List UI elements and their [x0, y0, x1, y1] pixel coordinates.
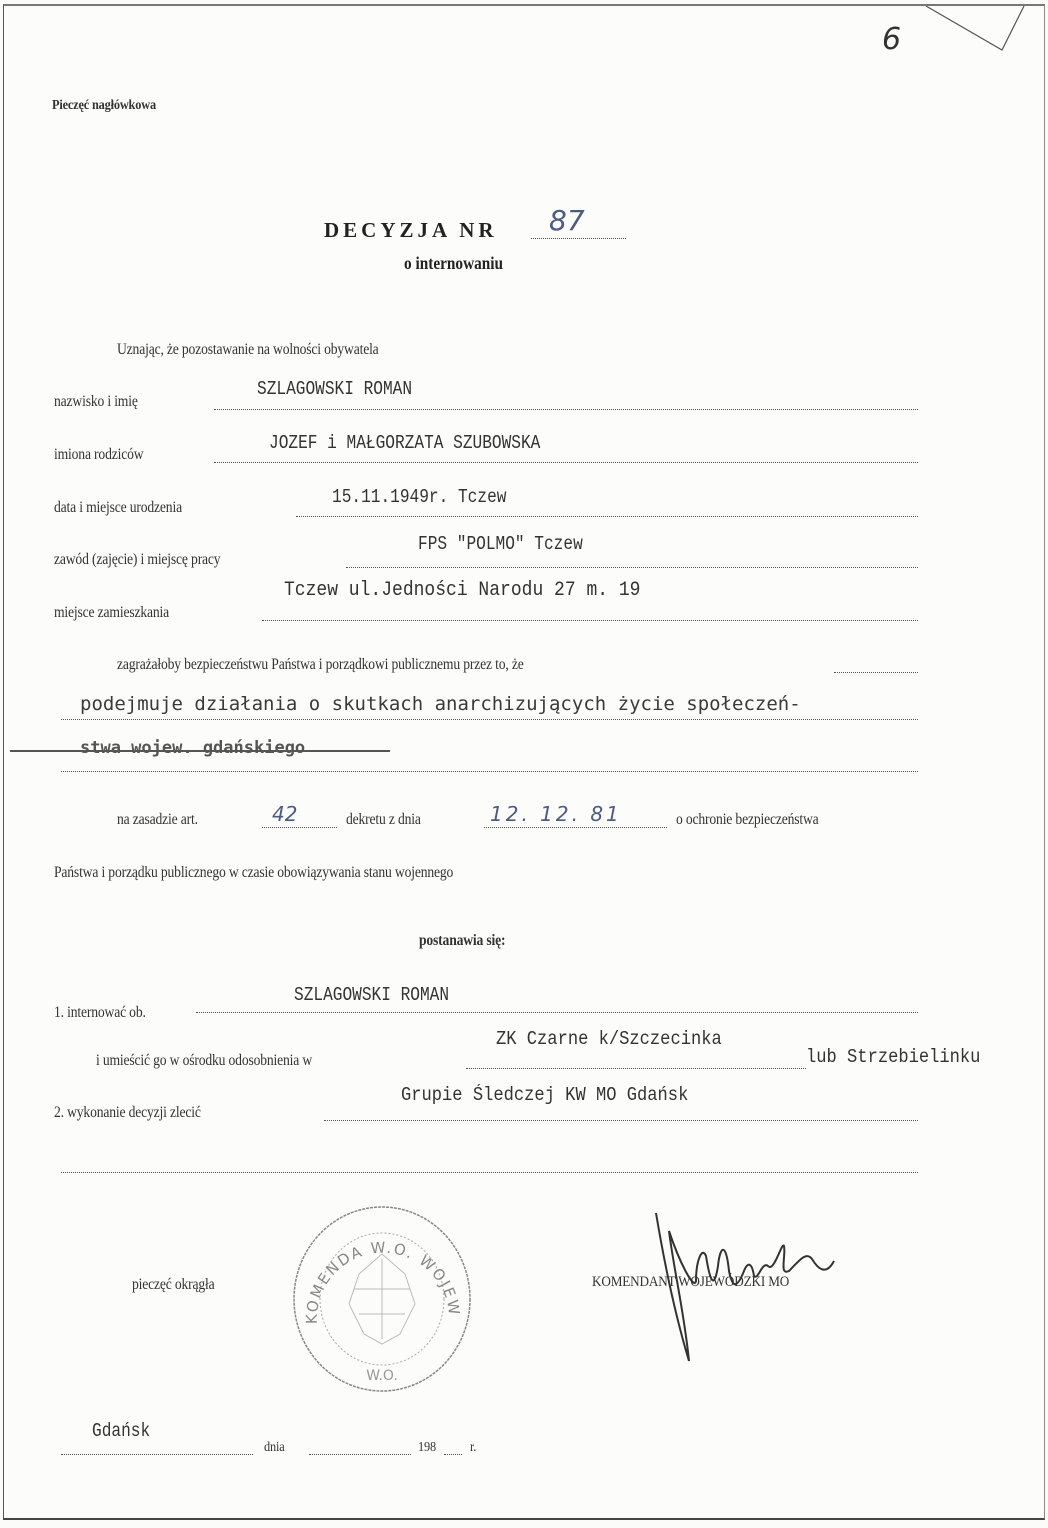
field-name-label: nazwisko i imię [54, 393, 138, 411]
legal-prefix: na zasadzie art. [117, 811, 198, 829]
field-parents-line [214, 462, 918, 463]
year-suffix: r. [470, 1440, 476, 1456]
intro-text: Uznając, że pozostawanie na wolności oby… [117, 341, 379, 359]
item2-value: Grupie Śledczej KW MO Gdańsk [401, 1084, 688, 1106]
date-line [309, 1454, 411, 1455]
place-line [466, 1068, 806, 1069]
extra-blank-line [61, 1172, 918, 1173]
year-line [444, 1454, 462, 1455]
field-work-line [346, 567, 918, 568]
page-number-handwritten: 6 [882, 22, 901, 57]
city-line [61, 1454, 253, 1455]
threat-intro-line [834, 672, 918, 673]
field-work-value: FPS "POLMO" Tczew [418, 533, 583, 555]
round-stamp: KOMENDA W.O. WOJEWÓDZKA W.O. [289, 1204, 475, 1394]
threat-intro: zagrażałoby bezpieczeństwu Państwa i por… [117, 656, 524, 674]
item2-line [324, 1120, 918, 1121]
legal-mid: dekretu z dnia [346, 811, 421, 829]
threat-line-1: podejmuje działania o skutkach anarchizu… [80, 693, 801, 715]
item2-label: 2. wykonanie decyzji zlecić [54, 1104, 201, 1122]
field-work-label: zawód (zajęcie) i miejscę pracy [54, 551, 220, 569]
document-page: 6 Pieczęć nagłówkowa DECYZJA NR 87 o int… [3, 4, 1045, 1520]
field-parents-label: imiona rodziców [54, 446, 143, 464]
year-prefix: 198 [418, 1440, 436, 1456]
decree-date: 12. 12. 81 [490, 802, 622, 826]
place-city: Gdańsk [92, 1420, 150, 1442]
round-stamp-label: pieczęć okrągła [132, 1276, 215, 1294]
field-birth-label: data i miejsce urodzenia [54, 499, 182, 517]
header-stamp-label: Pieczęć nagłówkowa [52, 98, 156, 114]
threat-line-1-dots [61, 719, 918, 720]
field-name-value: SZLAGOWSKI ROMAN [257, 378, 412, 400]
decision-number-line [531, 238, 626, 239]
field-residence-value: Tczew ul.Jedności Narodu 27 m. 19 [284, 579, 640, 602]
signatory-title: KOMENDANT WOJEWÓDZKI MO [592, 1274, 789, 1291]
field-name-line [214, 409, 918, 410]
svg-text:KOMENDA W.O. WOJEWÓDZKA: KOMENDA W.O. WOJEWÓDZKA [289, 1204, 464, 1324]
decided-heading: postanawia się: [419, 932, 505, 950]
document-subtitle: o internowaniu [404, 253, 503, 274]
legal-line-2: Państwa i porządku publicznego w czasie … [54, 864, 453, 882]
decision-number: 87 [549, 204, 585, 237]
article-line [262, 827, 337, 828]
article-number: 42 [272, 802, 297, 826]
legal-suffix: o ochronie bezpieczeństwa [676, 811, 819, 829]
svg-text:W.O.: W.O. [366, 1368, 398, 1384]
threat-line-2-dots [61, 771, 918, 772]
decree-date-line [484, 827, 667, 828]
field-residence-line [262, 620, 918, 621]
item1-line [196, 1012, 918, 1013]
field-residence-label: miejsce zamieszkania [54, 604, 169, 622]
place-label: i umieścić go w ośrodku odosobnienia w [96, 1052, 312, 1070]
field-parents-value: JOZEF i MAŁGORZATA SZUBOWSKA [269, 432, 540, 454]
place-alternative: lub Strzebielinku [806, 1046, 980, 1068]
field-birth-line [296, 516, 918, 517]
strike-through-mark [10, 750, 390, 752]
field-birth-value: 15.11.1949r. Tczew [332, 486, 506, 508]
item1-label: 1. internować ob. [54, 1004, 146, 1022]
item1-value: SZLAGOWSKI ROMAN [294, 984, 449, 1006]
place-value: ZK Czarne k/Szczecinka [496, 1028, 722, 1050]
date-word: dnia [264, 1440, 285, 1456]
threat-line-2: stwa wojew. gdańskiego [80, 738, 305, 758]
document-title: DECYZJA NR [324, 218, 498, 243]
corner-fold-mark [924, 6, 1044, 56]
